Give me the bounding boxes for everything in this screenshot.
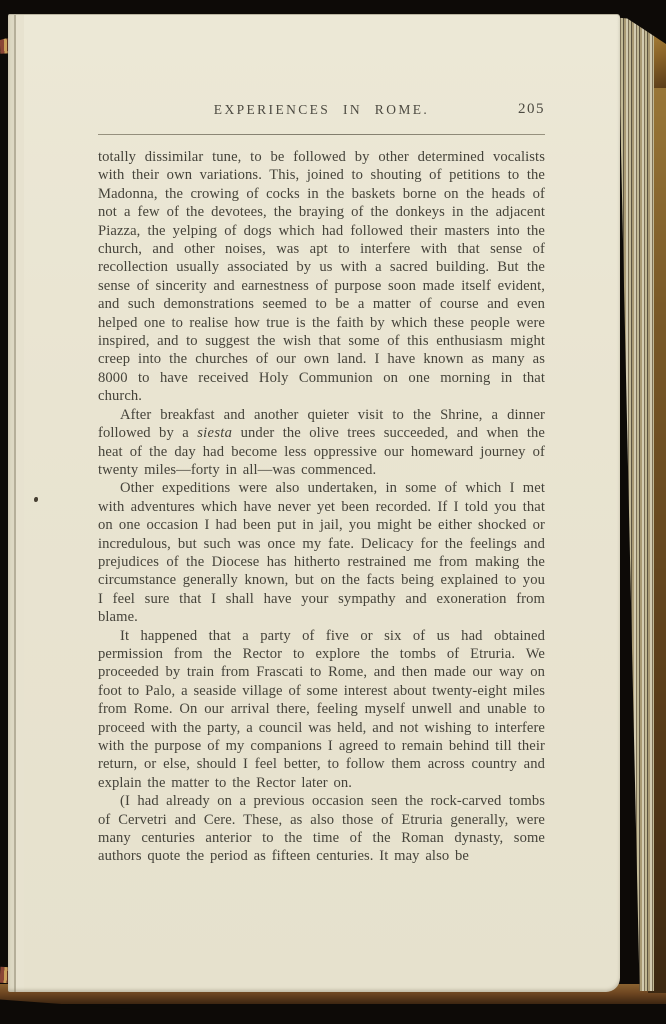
italic-text-run: siesta [197,425,232,441]
page-content: EXPERIENCES IN ROME. 205 totally dissimi… [98,102,545,122]
paragraph: It happened that a party of five or six … [98,627,545,793]
text-run: (I had already on a previous occasion se… [98,793,545,864]
paragraph: (I had already on a previous occasion se… [98,792,545,866]
running-head: EXPERIENCES IN ROME. 205 [98,102,545,122]
page-title: EXPERIENCES IN ROME. [214,102,429,117]
book-page: EXPERIENCES IN ROME. 205 totally dissimi… [8,14,620,992]
page-text: totally dissimilar tune, to be followed … [98,148,545,866]
paragraph: After breakfast and another quieter visi… [98,406,545,480]
text-run: totally dissimilar tune, to be followed … [98,149,545,404]
page-number: 205 [518,101,545,118]
background-top [0,0,666,14]
paragraph: Other expeditions were also undertaken, … [98,479,545,626]
page-edges-stack [618,15,654,991]
header-rule [98,134,545,135]
paragraph: totally dissimilar tune, to be followed … [98,148,545,406]
page-speck [34,497,38,502]
text-run: It happened that a party of five or six … [98,628,545,791]
text-run: Other expeditions were also undertaken, … [98,480,545,625]
